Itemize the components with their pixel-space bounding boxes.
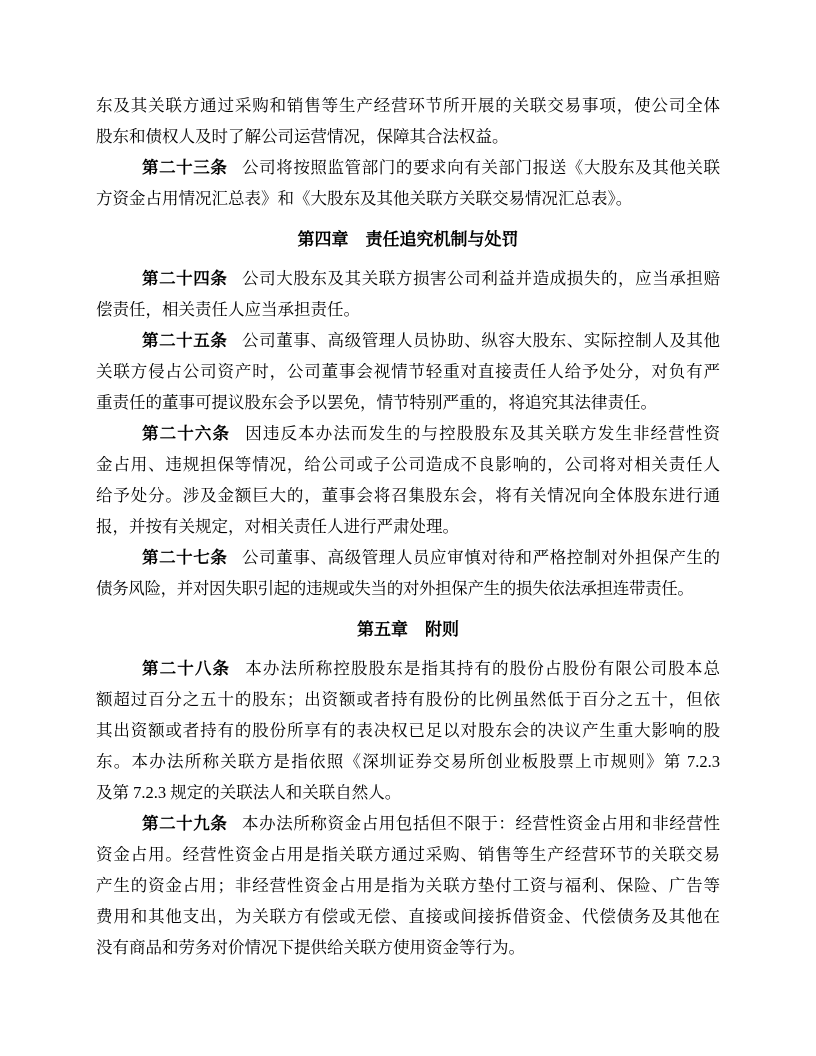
paragraph-line: 偿责任，相关责任人应当承担责任。 [96,294,720,325]
paragraph-line: 重责任的董事可提议股东会予以罢免，情节特别严重的，将追究其法律责任。 [96,387,720,418]
article-23-first-line: 第二十三条公司将按照监管部门的要求向有关部门报送《大股东及其他关联 [96,152,720,183]
paragraph-line: 产生的资金占用；非经营性资金占用是指为关联方垫付工资与福利、保险、广告等 [96,870,720,901]
article-26-text: 因违反本办法而发生的与控股股东及其关联方发生非经营性资 [244,424,720,443]
chapter-4-heading: 第四章 责任追究机制与处罚 [96,224,720,255]
paragraph-line: 其出资额或者持有的股份所享有的表决权已足以对股东会的决议产生重大影响的股 [96,715,720,746]
article-27-number: 第二十七条 [142,548,227,567]
article-24-number: 第二十四条 [142,269,227,288]
article-27-first-line: 第二十七条公司董事、高级管理人员应审慎对待和严格控制对外担保产生的 [96,542,720,573]
article-29-number: 第二十九条 [142,814,227,833]
article-25-first-line: 第二十五条公司董事、高级管理人员协助、纵容大股东、实际控制人及其他 [96,325,720,356]
paragraph-line: 给予处分。涉及金额巨大的，董事会将召集股东会，将有关情况向全体股东进行通 [96,480,720,511]
article-26-first-line: 第二十六条因违反本办法而发生的与控股股东及其关联方发生非经营性资 [96,418,720,449]
paragraph-line: 没有商品和劳务对价情况下提供给关联方使用资金等行为。 [96,932,720,963]
paragraph-line: 方资金占用情况汇总表》和《大股东及其他关联方关联交易情况汇总表》。 [96,183,720,214]
article-28-first-line: 第二十八条本办法所称控股股东是指其持有的股份占股份有限公司股本总 [96,653,720,684]
paragraph-line: 关联方侵占公司资产时，公司董事会视情节轻重对直接责任人给予处分，对负有严 [96,356,720,387]
article-25-number: 第二十五条 [142,331,227,350]
paragraph-line: 资金占用。经营性资金占用是指关联方通过采购、销售等生产经营环节的关联交易 [96,839,720,870]
paragraph-line: 额超过百分之五十的股东；出资额或者持有股份的比例虽然低于百分之五十，但依 [96,684,720,715]
paragraph-line: 股东和债权人及时了解公司运营情况，保障其合法权益。 [96,121,720,152]
paragraph-line: 东及其关联方通过采购和销售等生产经营环节所开展的关联交易事项，使公司全体 [96,90,720,121]
article-23-text: 公司将按照监管部门的要求向有关部门报送《大股东及其他关联 [241,158,720,177]
article-24-text: 公司大股东及其关联方损害公司利益并造成损失的，应当承担赔 [241,269,720,288]
paragraph-line: 东。本办法所称关联方是指依照《深圳证券交易所创业板股票上市规则》第 7.2.3 [96,746,720,777]
paragraph-line: 金占用、违规担保等情况，给公司或子公司造成不良影响的，公司将对相关责任人 [96,449,720,480]
article-28-number: 第二十八条 [142,659,230,678]
article-25-text: 公司董事、高级管理人员协助、纵容大股东、实际控制人及其他 [241,331,720,350]
article-29-text: 本办法所称资金占用包括但不限于：经营性资金占用和非经营性 [241,814,720,833]
paragraph-line: 及第 7.2.3 规定的关联法人和关联自然人。 [96,777,720,808]
paragraph-line: 费用和其他支出，为关联方有偿或无偿、直接或间接拆借资金、代偿债务及其他在 [96,901,720,932]
paragraph-line: 报，并按有关规定，对相关责任人进行严肃处理。 [96,511,720,542]
chapter-5-heading: 第五章 附则 [96,614,720,645]
document-page: 东及其关联方通过采购和销售等生产经营环节所开展的关联交易事项，使公司全体 股东和… [0,0,816,1056]
article-29-first-line: 第二十九条本办法所称资金占用包括但不限于：经营性资金占用和非经营性 [96,808,720,839]
document-content: 东及其关联方通过采购和销售等生产经营环节所开展的关联交易事项，使公司全体 股东和… [96,90,720,963]
article-26-number: 第二十六条 [142,424,230,443]
article-24-first-line: 第二十四条公司大股东及其关联方损害公司利益并造成损失的，应当承担赔 [96,263,720,294]
paragraph-line: 债务风险，并对因失职引起的违规或失当的对外担保产生的损失依法承担连带责任。 [96,573,720,604]
article-28-text: 本办法所称控股股东是指其持有的股份占股份有限公司股本总 [244,659,720,678]
article-27-text: 公司董事、高级管理人员应审慎对待和严格控制对外担保产生的 [241,548,720,567]
article-23-number: 第二十三条 [142,158,227,177]
